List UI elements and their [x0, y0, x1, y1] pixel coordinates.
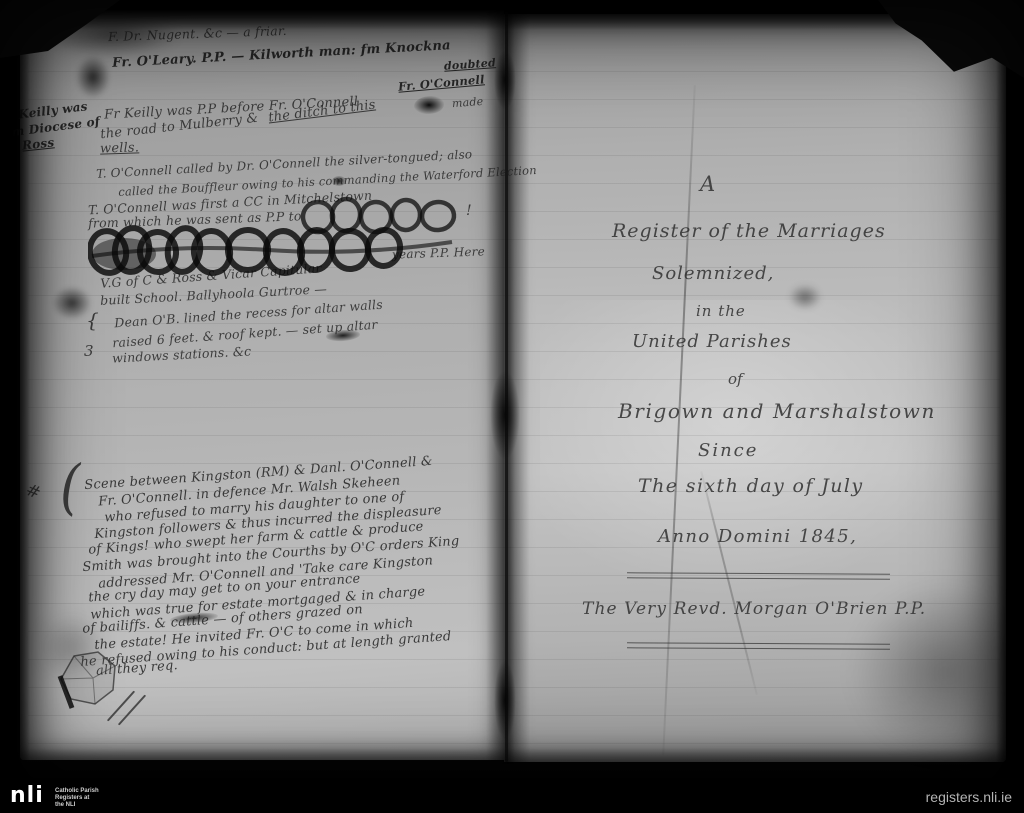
nli-caption-line: Registers at: [55, 795, 99, 802]
ink-scribble: [300, 196, 475, 238]
nli-logo-caption: Catholic Parish Registers at the NLI: [55, 788, 99, 809]
title-line: Anno Domini 1845,: [658, 526, 857, 547]
manuscript-margin-brace: {: [86, 308, 99, 332]
title-line: of: [728, 370, 743, 388]
site-watermark: registers.nli.ie: [926, 789, 1012, 805]
manuscript-paren-mark: (: [60, 454, 81, 523]
title-line: in the: [696, 302, 746, 320]
nli-caption-line: the NLI: [55, 802, 99, 809]
manuscript-line: wells.: [100, 140, 140, 156]
title-line: Brigown and Marshalstown: [618, 399, 936, 423]
title-line: United Parishes: [632, 331, 792, 352]
footer-bar: nli Catholic Parish Registers at the NLI…: [0, 780, 1024, 813]
photo-frame: J Keilly was fm Diocese of Ross F. Dr. N…: [0, 0, 1024, 813]
title-line: Register of the Marriages: [612, 220, 886, 242]
manuscript-margin-number: 3: [84, 342, 94, 360]
title-line: The sixth day of July: [638, 475, 864, 497]
title-line: Solemnized,: [652, 263, 774, 284]
margin-sketch: [52, 648, 124, 716]
binding-knot: [490, 370, 520, 460]
nli-logo: nli: [10, 783, 44, 808]
manuscript-line: made: [452, 95, 484, 110]
binding-knot: [494, 50, 516, 110]
signature-line: The Very Revd. Morgan O'Brien P.P.: [582, 599, 926, 619]
title-line: Since: [698, 440, 758, 461]
binding-knot: [494, 660, 516, 740]
title-line: A: [700, 172, 715, 196]
nli-caption-line: Catholic Parish: [55, 788, 99, 795]
